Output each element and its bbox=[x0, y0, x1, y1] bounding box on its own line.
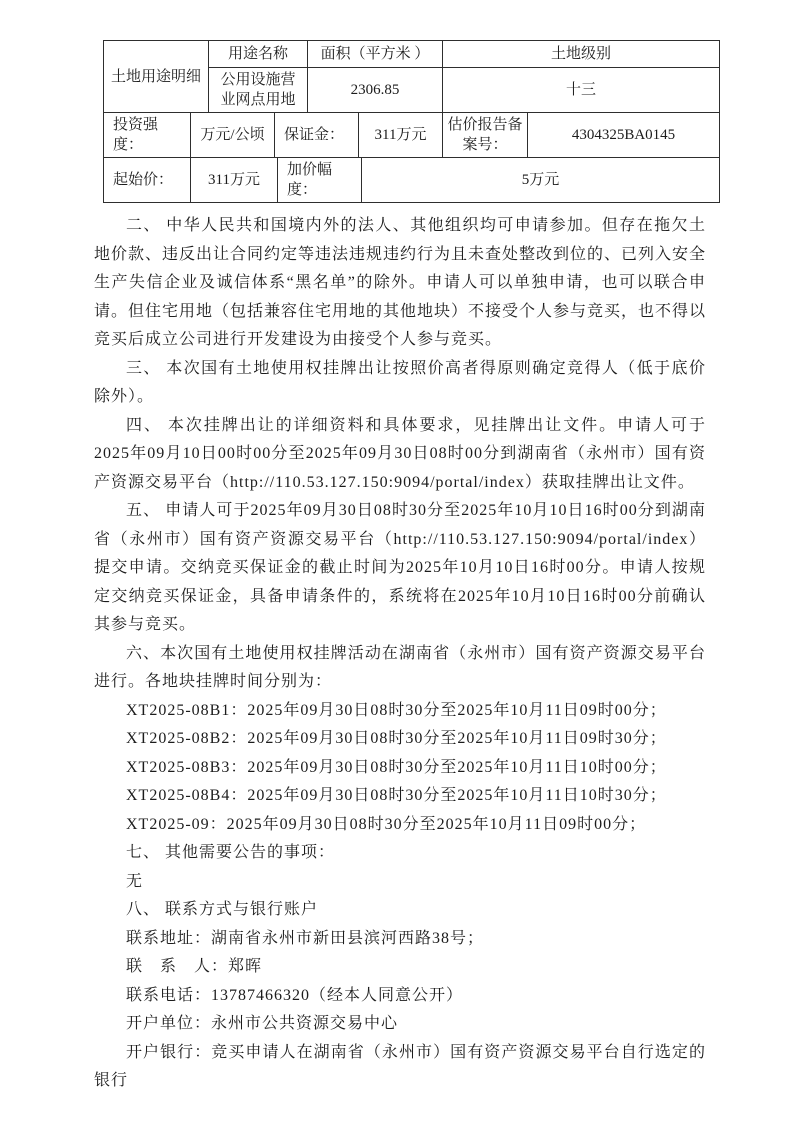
cell-usage-detail-label: 土地用途明细 bbox=[104, 41, 209, 113]
listing-time-xt2025-08b2: XT2025-08B2：2025年09月30日08时30分至2025年10月11… bbox=[94, 725, 706, 754]
paragraph-7-other-matters: 七、 其他需要公告的事项： bbox=[94, 839, 706, 868]
paragraph-6-listing-platform: 六、本次国有土地使用权挂牌活动在湖南省（永州市）国有资产资源交易平台进行。各地块… bbox=[94, 640, 706, 697]
paragraph-7-none: 无 bbox=[94, 868, 706, 897]
cell-area-value: 2306.85 bbox=[308, 68, 443, 113]
table-row: 起始价： 311万元 加价幅度： 5万元 bbox=[104, 158, 720, 203]
cell-increment-label: 加价幅度： bbox=[278, 158, 362, 203]
document-content: 土地用途明细 用途名称 面积（平方米 ） 土地级别 公用设施营业网点用地 230… bbox=[94, 40, 709, 1096]
cell-starting-price-label: 起始价： bbox=[104, 158, 191, 203]
contact-person: 联 系 人：郑晖 bbox=[94, 953, 706, 982]
paragraph-2-eligibility: 二、 中华人民共和国境内外的法人、其他组织均可申请参加。但存在拖欠土地价款、违反… bbox=[94, 212, 706, 355]
paragraph-5-application: 五、 申请人可于2025年09月30日08时30分至2025年10月10日16时… bbox=[94, 497, 706, 640]
table-row: 投资强度： 万元/公顷 保证金： 311万元 估价报告备案号： 4304325B… bbox=[104, 113, 720, 158]
document-page: 土地用途明细 用途名称 面积（平方米 ） 土地级别 公用设施营业网点用地 230… bbox=[0, 0, 793, 1122]
paragraph-4-document-access: 四、 本次挂牌出让的详细资料和具体要求，见挂牌出让文件。申请人可于2025年09… bbox=[94, 412, 706, 498]
land-parcel-table: 土地用途明细 用途名称 面积（平方米 ） 土地级别 公用设施营业网点用地 230… bbox=[103, 40, 709, 203]
land-parcel-table-bottom: 起始价： 311万元 加价幅度： 5万元 bbox=[103, 157, 720, 203]
paragraph-3-winner-rule: 三、 本次国有土地使用权挂牌出让按照价高者得原则确定竞得人（低于底价除外）。 bbox=[94, 355, 706, 412]
cell-area-label: 面积（平方米 ） bbox=[308, 41, 443, 68]
land-parcel-table-top: 土地用途明细 用途名称 面积（平方米 ） 土地级别 公用设施营业网点用地 230… bbox=[103, 40, 720, 113]
listing-time-xt2025-08b4: XT2025-08B4：2025年09月30日08时30分至2025年10月11… bbox=[94, 782, 706, 811]
cell-usage-name-label: 用途名称 bbox=[209, 41, 308, 68]
listing-time-xt2025-09: XT2025-09：2025年09月30日08时30分至2025年10月11日0… bbox=[94, 811, 706, 840]
announcement-body: 二、 中华人民共和国境内外的法人、其他组织均可申请参加。但存在拖欠土地价款、违反… bbox=[94, 212, 706, 1096]
cell-land-grade-value: 十三 bbox=[443, 68, 720, 113]
cell-appraisal-record-value: 4304325BA0145 bbox=[528, 113, 720, 158]
contact-address: 联系地址：湖南省永州市新田县滨河西路38号； bbox=[94, 925, 706, 954]
cell-deposit-label: 保证金： bbox=[275, 113, 359, 158]
cell-deposit-value: 311万元 bbox=[359, 113, 443, 158]
listing-time-xt2025-08b3: XT2025-08B3：2025年09月30日08时30分至2025年10月11… bbox=[94, 754, 706, 783]
cell-increment-value: 5万元 bbox=[362, 158, 720, 203]
table-row: 土地用途明细 用途名称 面积（平方米 ） 土地级别 bbox=[104, 41, 720, 68]
cell-investment-intensity-label: 投资强度： bbox=[104, 113, 191, 158]
contact-account-unit: 开户单位：永州市公共资源交易中心 bbox=[94, 1010, 706, 1039]
land-parcel-table-middle: 投资强度： 万元/公顷 保证金： 311万元 估价报告备案号： 4304325B… bbox=[103, 112, 720, 158]
cell-usage-name-value: 公用设施营业网点用地 bbox=[209, 68, 308, 113]
cell-appraisal-record-label: 估价报告备案号： bbox=[443, 113, 528, 158]
paragraph-8-contact-header: 八、 联系方式与银行账户 bbox=[94, 896, 706, 925]
listing-time-xt2025-08b1: XT2025-08B1：2025年09月30日08时30分至2025年10月11… bbox=[94, 697, 706, 726]
cell-starting-price-value: 311万元 bbox=[191, 158, 278, 203]
cell-investment-intensity-value: 万元/公顷 bbox=[191, 113, 275, 158]
contact-bank: 开户银行：竞买申请人在湖南省（永州市）国有资产资源交易平台自行选定的银行 bbox=[94, 1039, 706, 1096]
cell-land-grade-label: 土地级别 bbox=[443, 41, 720, 68]
contact-phone: 联系电话：13787466320（经本人同意公开） bbox=[94, 982, 706, 1011]
